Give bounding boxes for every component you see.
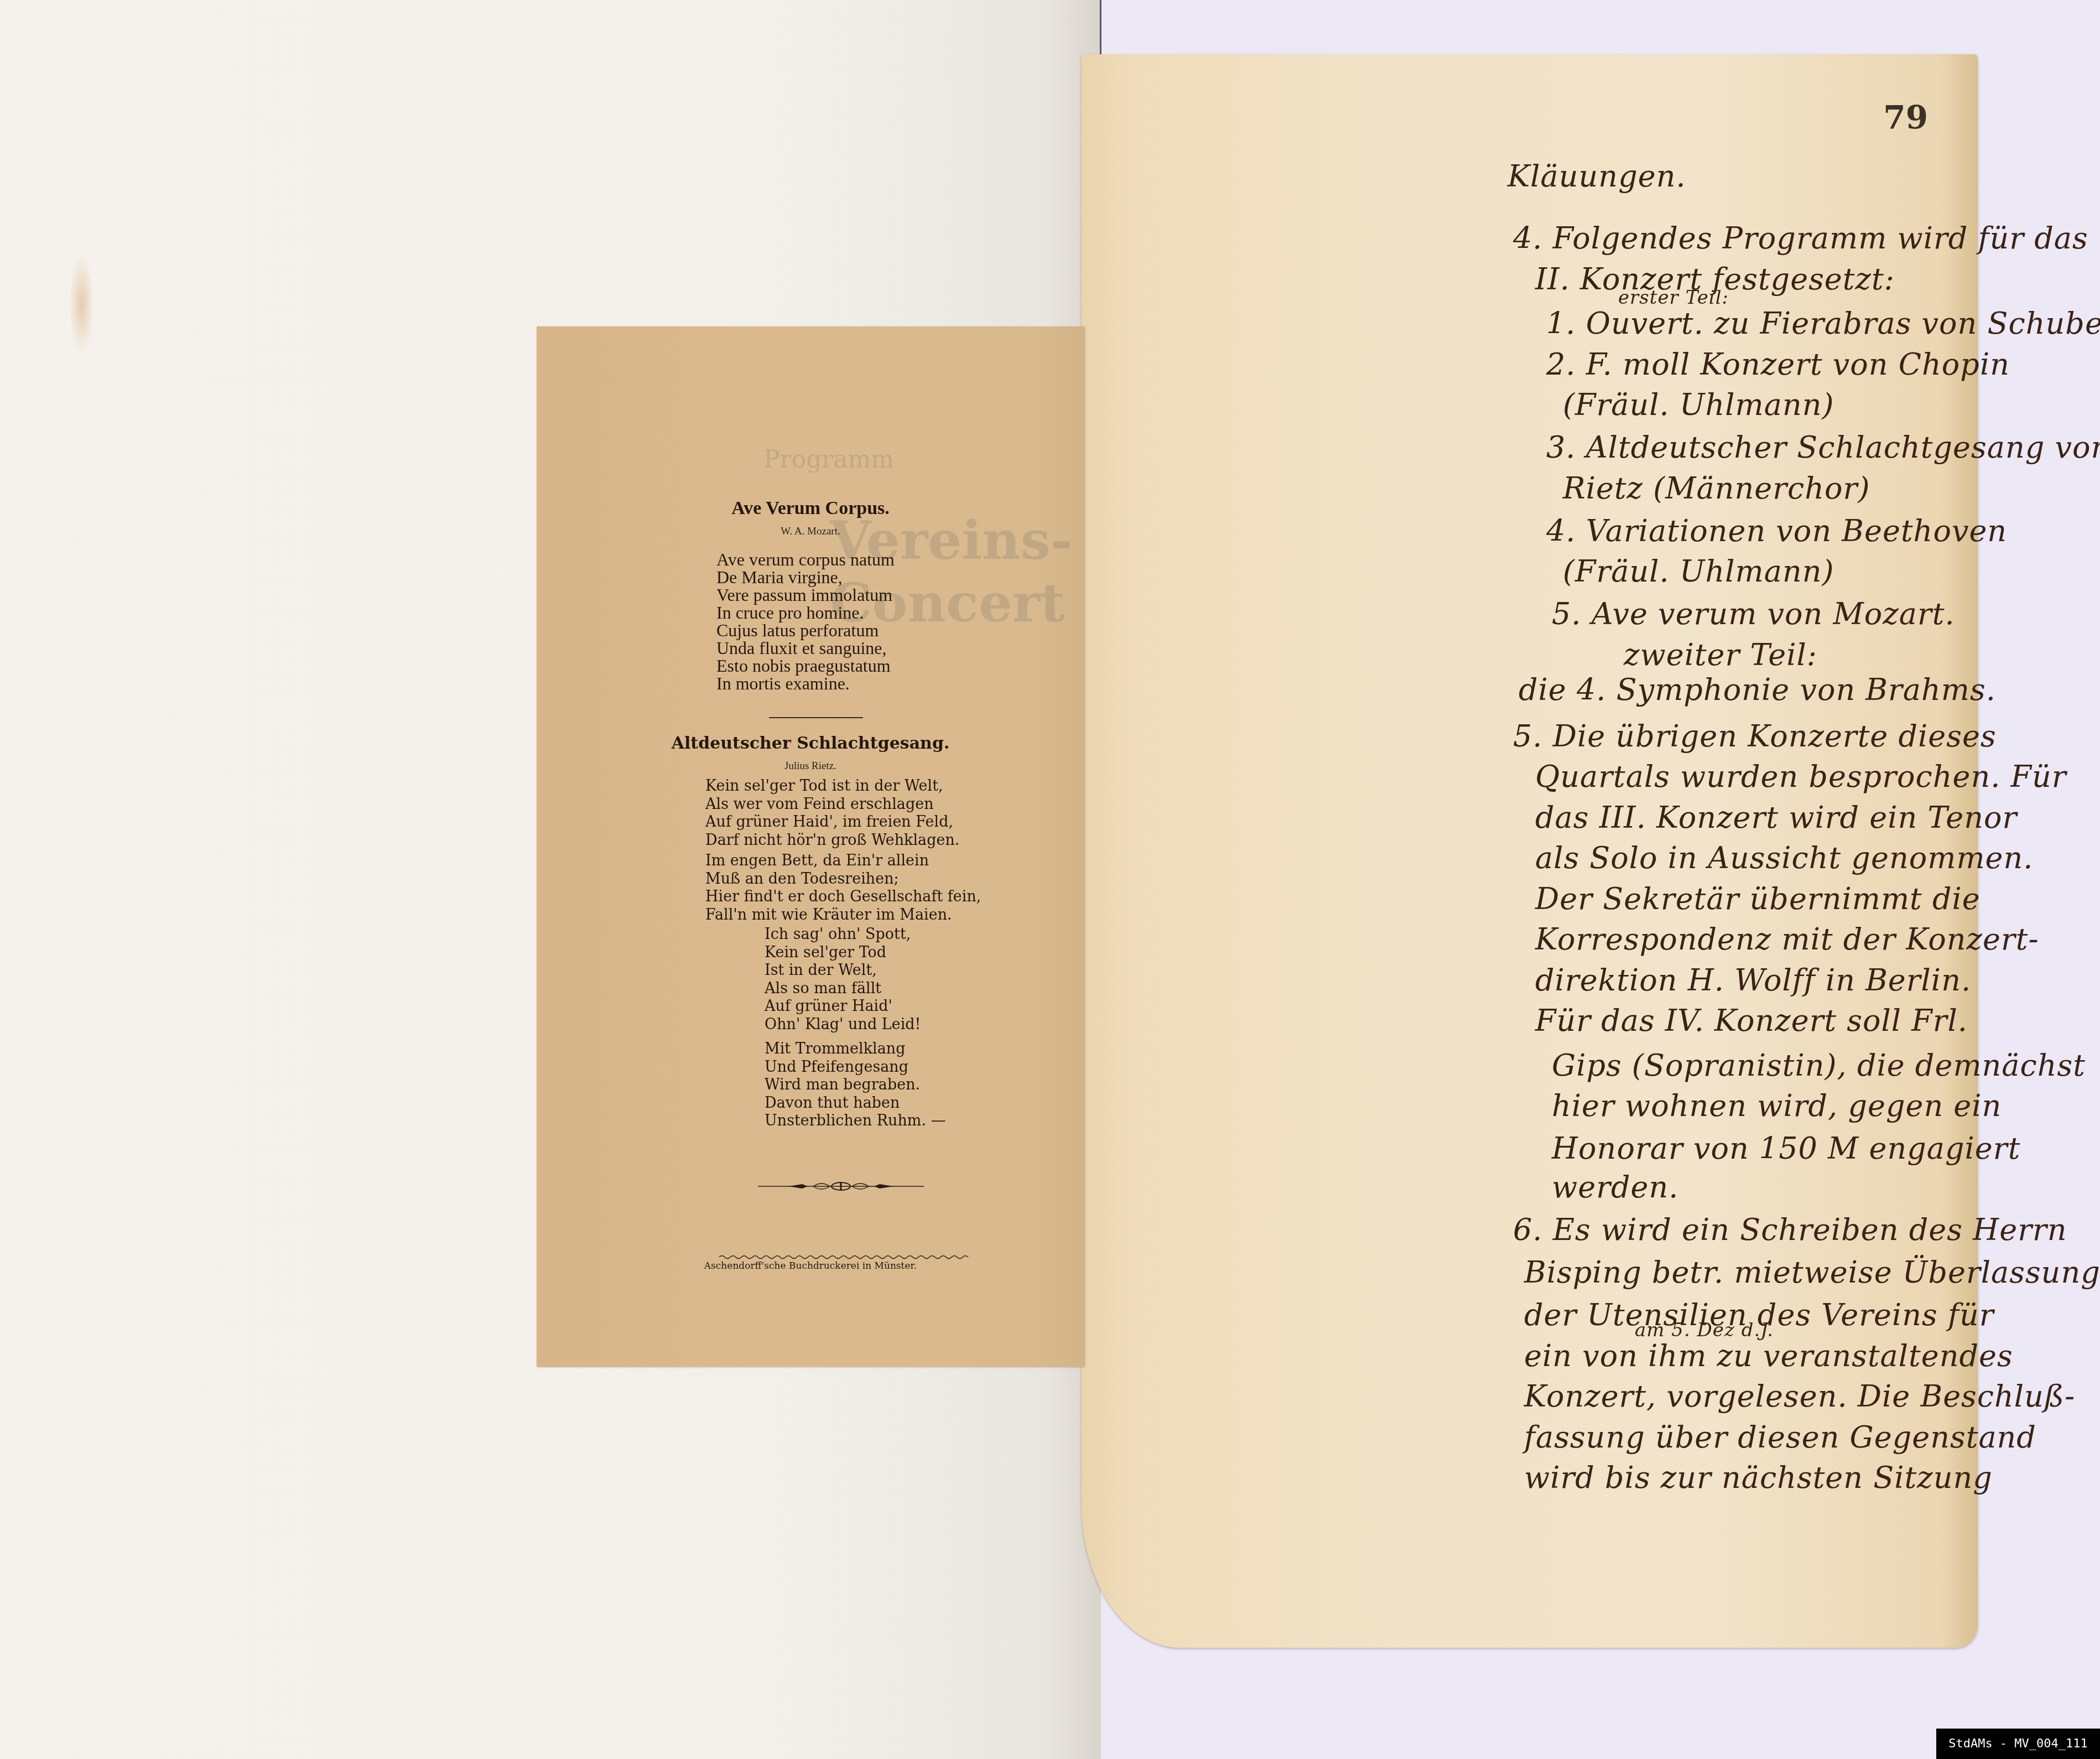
- ave-verum-composer: W. A. Mozart.: [537, 526, 1084, 538]
- page-gutter-line: [1100, 0, 1101, 55]
- ave-verum-text: Ave verum corpus natum De Maria virgine,…: [716, 551, 895, 692]
- handwritten-line: Der Sekretär übernimmt die: [1535, 881, 1981, 916]
- handwritten-line: Rietz (Männerchor): [1563, 471, 1870, 506]
- handwritten-line: zweiter Teil:: [1624, 637, 1817, 672]
- handwritten-line: 5. Ave verum von Mozart.: [1552, 596, 1955, 631]
- handwritten-line: 3. Altdeutscher Schlachtgesang von: [1546, 430, 2100, 465]
- foxing-stain: [69, 255, 94, 354]
- handwritten-line: fassung über diesen Gegenstand: [1524, 1420, 2036, 1455]
- handwritten-line: 6. Es wird ein Schreiben des Herrn: [1513, 1212, 2067, 1247]
- handwritten-line: Kläuungen.: [1508, 159, 1686, 194]
- concert-program-insert: Programm Vereins-Concert Ave Verum Corpu…: [537, 326, 1084, 1367]
- schlachtgesang-composer: Julius Rietz.: [537, 760, 1084, 772]
- handwritten-line: als Solo in Aussicht genommen.: [1535, 840, 2034, 875]
- handwritten-line: Quartals wurden besprochen. Für: [1535, 759, 2067, 794]
- manuscript-page: 79 Kläuungen.4. Folgendes Programm wird …: [1082, 54, 1978, 1648]
- schlachtgesang-stanza-1: Kein sel'ger Tod ist in der Welt, Als we…: [705, 777, 959, 849]
- handwritten-line: Honorar von 150 M engagiert: [1552, 1131, 2020, 1166]
- handwritten-line: (Fräul. Uhlmann): [1563, 554, 1834, 589]
- handwritten-line: 4. Folgendes Programm wird für das: [1513, 221, 2088, 256]
- handwritten-line: das III. Konzert wird ein Tenor: [1535, 800, 2017, 835]
- printer-imprint: Aschendorff'sche Buchdruckerei in Münste…: [537, 1260, 1084, 1272]
- handwritten-line: hier wohnen wird, gegen ein: [1552, 1088, 2002, 1123]
- handwritten-line: 4. Variationen von Beethoven: [1546, 513, 2007, 548]
- ornament-divider-icon: [758, 1181, 924, 1192]
- schlachtgesang-stanza-3: Ich sag' ohn' Spott, Kein sel'ger Tod Is…: [765, 926, 921, 1034]
- handwritten-line: (Fräul. Uhlmann): [1563, 387, 1834, 422]
- handwritten-line: werden.: [1552, 1170, 1678, 1205]
- handwritten-line: 5. Die übrigen Konzerte dieses: [1513, 719, 1997, 754]
- handwritten-line: erster Teil:: [1618, 287, 1729, 309]
- section-divider: [769, 717, 863, 718]
- handwritten-minutes: Kläuungen.4. Folgendes Programm wird für…: [1082, 54, 1978, 1648]
- handwritten-line: Für das IV. Konzert soll Frl.: [1535, 1003, 1968, 1038]
- handwritten-line: ein von ihm zu veranstaltendes: [1524, 1338, 2013, 1373]
- handwritten-line: am 5. Dez d.J.: [1635, 1319, 1774, 1341]
- handwritten-line: 1. Ouvert. zu Fierabras von Schubert,: [1546, 306, 2100, 341]
- archive-signature-label: StdAMs - MV_004_111: [1936, 1729, 2100, 1759]
- handwritten-line: Korrespondenz mit der Konzert-: [1535, 922, 2039, 957]
- schlachtgesang-title: Altdeutscher Schlachtgesang.: [537, 734, 1084, 753]
- handwritten-line: die 4. Symphonie von Brahms.: [1519, 672, 1996, 707]
- bleed-through-heading: Programm: [763, 445, 894, 474]
- handwritten-line: Gips (Sopranistin), die demnächst: [1552, 1048, 2086, 1083]
- handwritten-line: Bisping betr. mietweise Überlassung: [1524, 1255, 2100, 1290]
- wavy-rule-icon: [719, 1254, 971, 1260]
- handwritten-line: Konzert, vorgelesen. Die Beschluß-: [1524, 1379, 2075, 1414]
- handwritten-line: direktion H. Wolff in Berlin.: [1535, 963, 1971, 998]
- handwritten-line: wird bis zur nächsten Sitzung: [1524, 1460, 1993, 1495]
- schlachtgesang-stanza-2: Im engen Bett, da Ein'r allein Muß an de…: [705, 852, 981, 924]
- handwritten-line: 2. F. moll Konzert von Chopin: [1546, 347, 2010, 382]
- schlachtgesang-stanza-4: Mit Trommelklang Und Pfeifengesang Wird …: [765, 1040, 946, 1130]
- ave-verum-title: Ave Verum Corpus.: [537, 498, 1084, 519]
